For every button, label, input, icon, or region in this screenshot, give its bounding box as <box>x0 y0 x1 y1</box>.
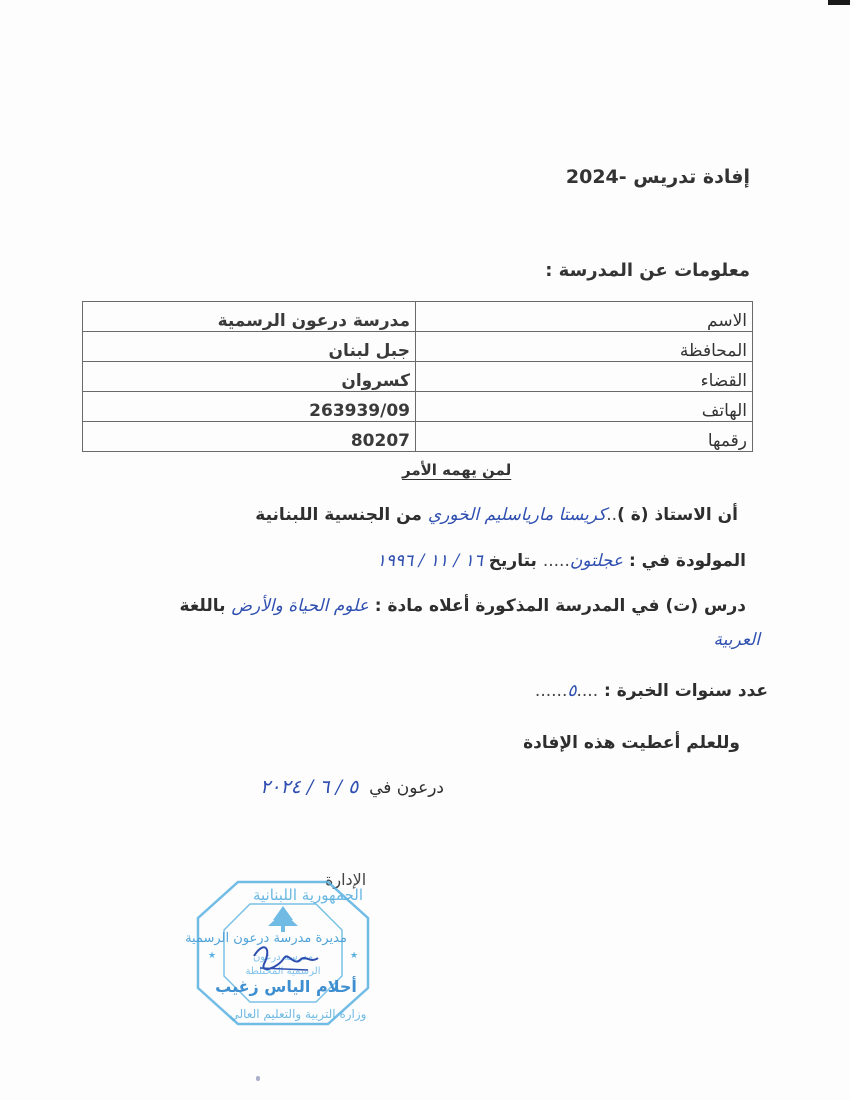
table-row: القضاء كسروان <box>83 362 753 392</box>
language-handwritten: العربية <box>714 630 760 650</box>
closing-line: وللعلم أعطيت هذه الإفادة <box>523 733 740 753</box>
school-info-table: الاسم مدرسة درعون الرسمية المحافظة جبل ل… <box>82 301 753 452</box>
row-value-phone: 263939/09 <box>83 392 416 422</box>
born-in-label: المولودة في : <box>629 551 746 571</box>
row-label-governorate: المحافظة <box>416 332 753 362</box>
language-line: العربية <box>714 630 760 650</box>
place-date-line: درعون في ٥ / ٦ / ٢٠٢٤ <box>260 776 444 798</box>
fill-dots: .. <box>606 505 617 525</box>
fill-dots: .... <box>577 681 599 701</box>
birth-line: المولودة في : عجلتون..... بتاريخ ١٦ / ١١… <box>377 551 746 571</box>
row-value-number: 80207 <box>83 422 416 452</box>
row-value-name: مدرسة درعون الرسمية <box>83 302 416 332</box>
experience-label: عدد سنوات الخبرة : <box>604 681 768 701</box>
row-label-number: رقمها <box>416 422 753 452</box>
date-label: بتاريخ <box>489 551 537 571</box>
svg-text:أحلام الياس زغيب: أحلام الياس زغيب <box>215 976 357 996</box>
row-label-district: القضاء <box>416 362 753 392</box>
svg-text:★: ★ <box>350 951 358 961</box>
birth-place-handwritten: عجلتون <box>570 551 623 571</box>
table-row: رقمها 80207 <box>83 422 753 452</box>
svg-text:الرسمية المختلطة: الرسمية المختلطة <box>245 966 320 977</box>
birth-date-handwritten: ١٦ / ١١ / ١٩٩٦ <box>377 551 483 571</box>
subject-line: درس (ت) في المدرسة المذكورة أعلاه مادة :… <box>180 596 746 616</box>
scan-speck <box>256 1076 260 1081</box>
table-row: الهاتف 263939/09 <box>83 392 753 422</box>
fill-dots: ...... <box>535 681 567 701</box>
svg-text:مديرة مدرسة درعون الرسمية: مديرة مدرسة درعون الرسمية <box>185 931 347 946</box>
scanned-document-page: إفادة تدريس -2024 معلومات عن المدرسة : ا… <box>0 0 850 1100</box>
school-info-heading: معلومات عن المدرسة : <box>545 260 750 281</box>
row-value-district: كسروان <box>83 362 416 392</box>
table-row: الاسم مدرسة درعون الرسمية <box>83 302 753 332</box>
teacher-name-handwritten: كريستا مارياسليم الخوري <box>428 505 606 525</box>
document-title: إفادة تدريس -2024 <box>566 166 750 188</box>
subject-handwritten: علوم الحياة والأرض <box>231 596 368 616</box>
svg-text:وزارة التربية والتعليم العالي: وزارة التربية والتعليم العالي <box>230 1007 367 1022</box>
row-label-name: الاسم <box>416 302 753 332</box>
svg-text:★: ★ <box>208 951 216 961</box>
language-prefix: باللغة <box>180 596 226 616</box>
nationality-text: من الجنسية اللبنانية <box>255 505 422 525</box>
experience-handwritten: ٥ <box>567 681 576 701</box>
svg-text:الجمهورية اللبنانية: الجمهورية اللبنانية <box>253 886 363 904</box>
teacher-prefix: أن الاستاذ (ة ) <box>617 505 738 525</box>
taught-prefix: درس (ت) في المدرسة المذكورة أعلاه مادة : <box>375 596 746 616</box>
to-whom-heading: لمن يهمه الأمر <box>402 461 511 479</box>
row-label-phone: الهاتف <box>416 392 753 422</box>
row-value-governorate: جبل لبنان <box>83 332 416 362</box>
teacher-line: أن الاستاذ (ة )..كريستا مارياسليم الخوري… <box>255 505 738 525</box>
issue-date-handwritten: ٥ / ٦ / ٢٠٢٤ <box>260 776 358 798</box>
scan-edge-mark <box>828 0 850 5</box>
official-stamp-icon: ★ ★ الجمهورية اللبنانية مديرة مدرسة درعو… <box>168 878 398 1028</box>
place-date-label: درعون في <box>369 778 444 798</box>
experience-line: عدد سنوات الخبرة : ....٥...... <box>535 681 768 701</box>
fill-dots: ..... <box>543 551 570 571</box>
table-row: المحافظة جبل لبنان <box>83 332 753 362</box>
